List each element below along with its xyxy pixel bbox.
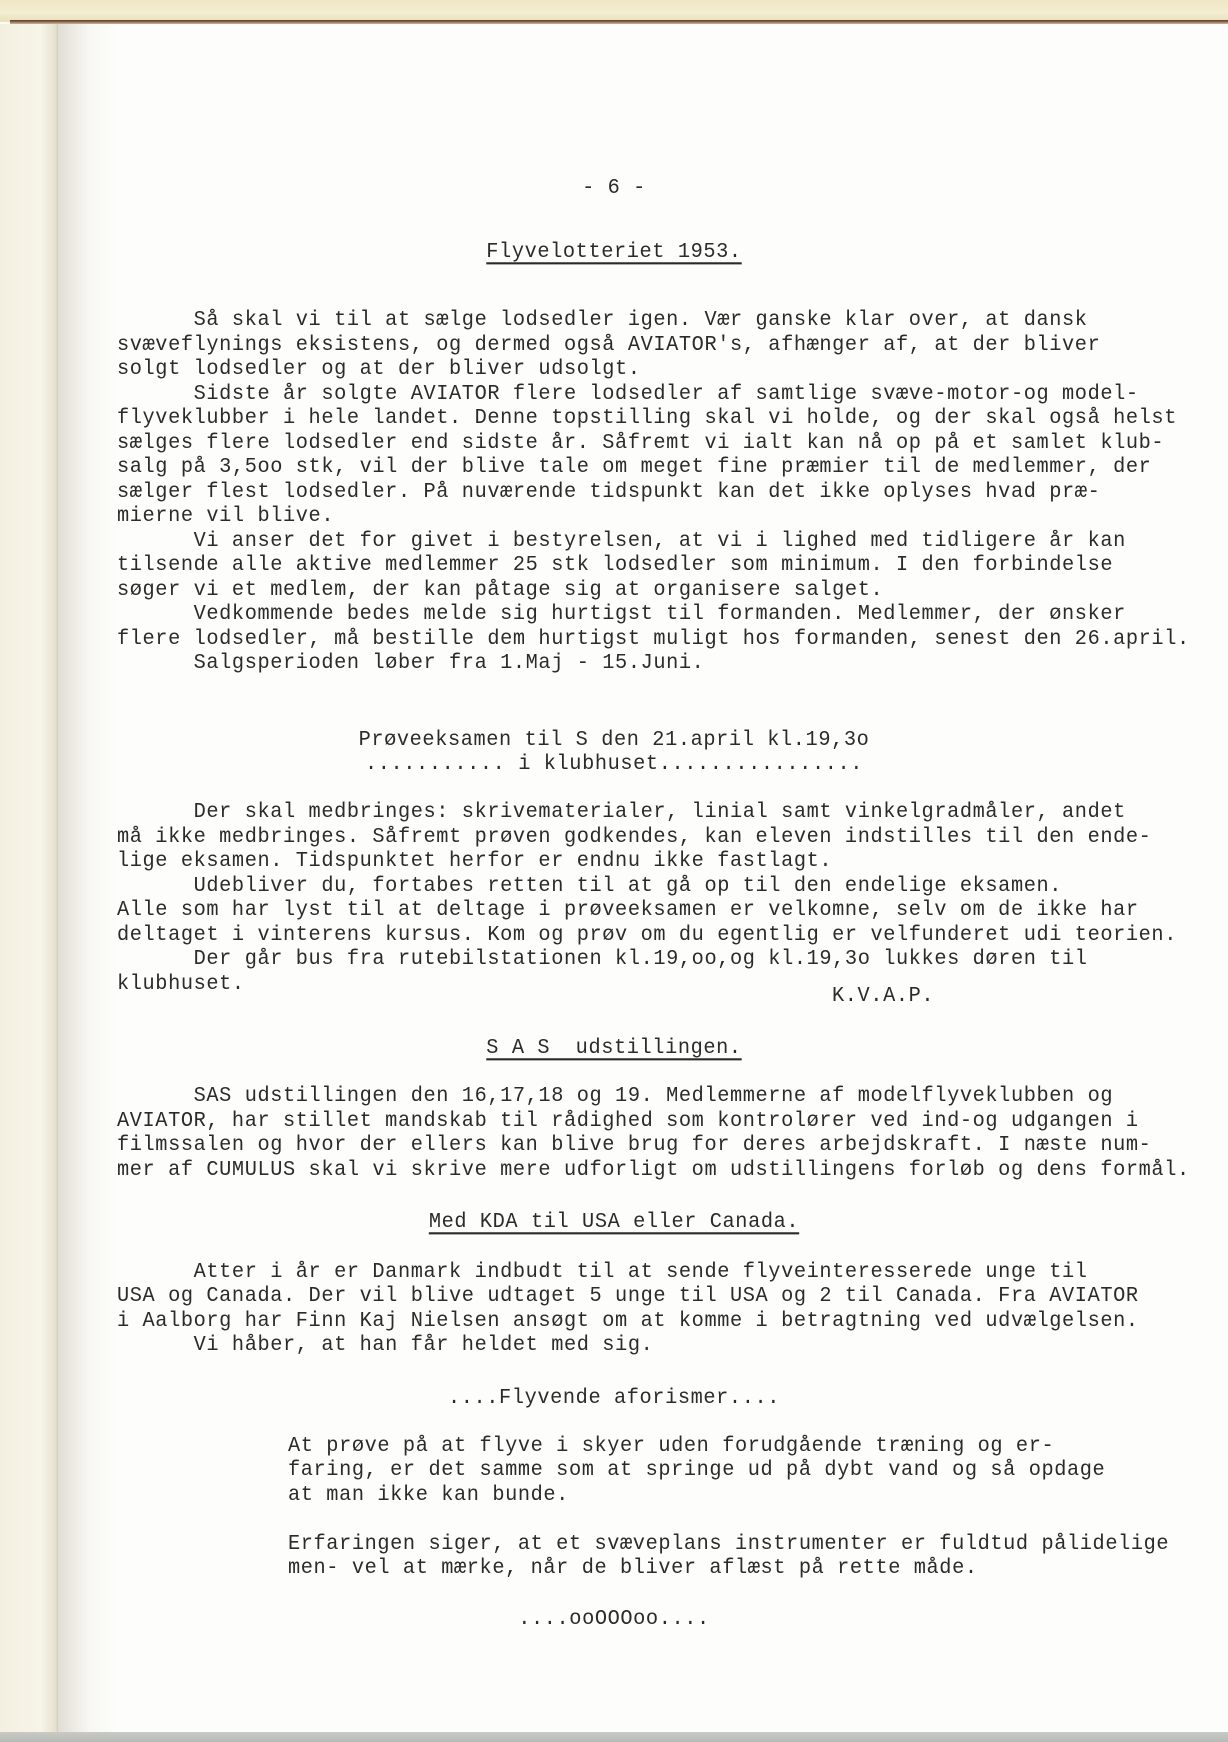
scan-bottom-band <box>0 1732 1228 1742</box>
paragraph-line: USA og Canada. Der vil blive udtaget 5 u… <box>117 1284 1139 1309</box>
paragraph-line: søger vi et medlem, der kan påtage sig a… <box>117 578 883 603</box>
paragraph-line: Vi håber, at han får heldet med sig. <box>117 1333 653 1358</box>
paragraph-line: salg på 3,5oo stk, vil der blive tale om… <box>117 455 1151 480</box>
section-subheading-klubhuset: ........... i klubhuset................ <box>0 752 1228 777</box>
paragraph-line: Der skal medbringes: skrivematerialer, l… <box>117 800 1126 825</box>
scan-top-strip <box>0 0 1228 22</box>
paragraph-line: mer af CUMULUS skal vi skrive mere udfor… <box>117 1158 1190 1183</box>
paragraph-line: Vedkommende bedes melde sig hurtigst til… <box>117 602 1126 627</box>
paragraph-line: tilsende alle aktive medlemmer 25 stk lo… <box>117 553 1113 578</box>
paragraph-line: filmssalen og hvor der ellers kan blive … <box>117 1133 1151 1158</box>
section-heading-proveeksamen: Prøveeksamen til S den 21.april kl.19,3o <box>0 728 1228 753</box>
paragraph-line: klubhuset. <box>117 972 245 997</box>
paragraph-line: SAS udstillingen den 16,17,18 og 19. Med… <box>117 1084 1113 1109</box>
paragraph-line: sælger flest lodsedler. På nuværende tid… <box>117 480 1100 505</box>
paragraph-line: lige eksamen. Tidspunktet herfor er endn… <box>117 849 832 874</box>
aphorism-line: Erfaringen siger, at et svæveplans instr… <box>288 1532 1169 1557</box>
paragraph-line: mierne vil blive. <box>117 504 334 529</box>
aphorism-line: men- vel at mærke, når de bliver aflæst … <box>288 1556 978 1581</box>
section-title-kda: Med KDA til USA eller Canada. <box>0 1210 1228 1235</box>
aphorism-line: faring, er det samme som at springe ud p… <box>288 1458 1105 1483</box>
paragraph-line: Salgsperioden løber fra 1.Maj - 15.Juni. <box>117 651 704 676</box>
aphorism-line: at man ikke kan bunde. <box>288 1483 569 1508</box>
paragraph-line: Der går bus fra rutebilstationen kl.19,o… <box>117 947 1088 972</box>
paragraph-line: Så skal vi til at sælge lodsedler igen. … <box>117 308 1088 333</box>
paragraph-line: Vi anser det for givet i bestyrelsen, at… <box>117 529 1126 554</box>
paragraph-line: Udebliver du, fortabes retten til at gå … <box>117 874 1062 899</box>
paragraph-line: i Aalborg har Finn Kaj Nielsen ansøgt om… <box>117 1309 1139 1334</box>
section-title-flyvelotteriet: Flyvelotteriet 1953. <box>0 240 1228 265</box>
closing-ornament: ....ooOOOoo.... <box>0 1607 1228 1632</box>
paragraph-line: deltaget i vinterens kursus. Kom og prøv… <box>117 923 1177 948</box>
paragraph-line: Alle som har lyst til at deltage i prøve… <box>117 898 1139 923</box>
paragraph-line: svæveflynings eksistens, og dermed også … <box>117 333 1100 358</box>
page-number: - 6 - <box>0 176 1228 201</box>
section-title-sas: S A S udstillingen. <box>0 1036 1228 1061</box>
binding-shadow <box>58 24 118 1734</box>
aphorism-line: At prøve på at flyve i skyer uden forudg… <box>288 1434 1054 1459</box>
paragraph-line: må ikke medbringes. Såfremt prøven godke… <box>117 825 1151 850</box>
paragraph-line: solgt lodsedler og at der bliver udsolgt… <box>117 357 641 382</box>
paragraph-line: flyveklubber i hele landet. Denne topsti… <box>117 406 1177 431</box>
signature: K.V.A.P. <box>832 984 934 1009</box>
paragraph-line: AVIATOR, har stillet mandskab til rådigh… <box>117 1109 1139 1134</box>
paragraph-line: Atter i år er Danmark indbudt til at sen… <box>117 1260 1088 1285</box>
paragraph-line: sælges flere lodsedler end sidste år. Så… <box>117 431 1164 456</box>
paragraph-line: flere lodsedler, må bestille dem hurtigs… <box>117 627 1190 652</box>
paragraph-line: Sidste år solgte AVIATOR flere lodsedler… <box>117 382 1139 407</box>
binding-margin <box>0 24 58 1734</box>
section-title-aforismer: ....Flyvende aforismer.... <box>0 1386 1228 1411</box>
